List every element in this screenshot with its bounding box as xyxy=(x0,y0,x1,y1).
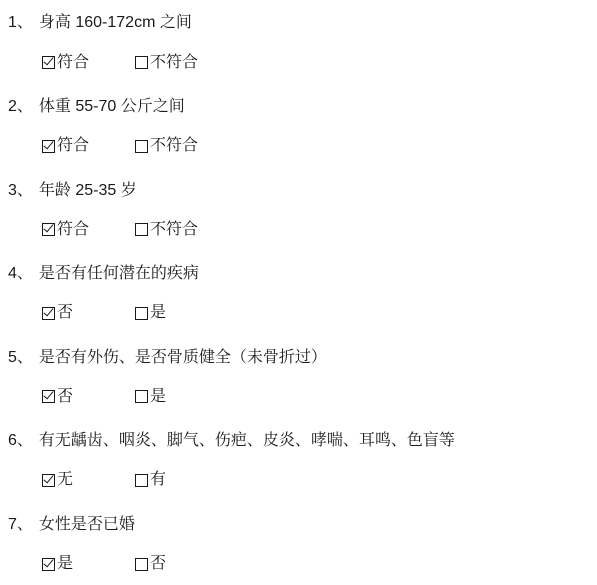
checkbox-unchecked-icon[interactable] xyxy=(135,474,148,487)
checkbox-option[interactable]: 是 xyxy=(42,556,135,572)
question: 5、 是否有外伤、是否骨质健全（未骨折过） xyxy=(0,334,597,376)
option-label: 无 xyxy=(57,472,73,488)
checkbox-option[interactable]: 符合 xyxy=(42,55,135,71)
question-text: 年龄 25-35 岁 xyxy=(39,177,137,200)
checkbox-checked-icon[interactable] xyxy=(42,558,55,571)
checkbox-option[interactable]: 符合 xyxy=(42,222,135,238)
checkbox-unchecked-icon[interactable] xyxy=(135,56,148,69)
question-text: 有无龋齿、咽炎、脚气、伤疤、皮炎、哮喘、耳鸣、色盲等 xyxy=(39,427,455,450)
question: 1、 身高 160-172cm 之间 xyxy=(0,0,597,42)
checkbox-option[interactable]: 不符合 xyxy=(135,138,198,154)
options-row: 否 是 xyxy=(0,292,597,334)
option-label: 不符合 xyxy=(150,55,198,71)
question: 6、 有无龋齿、咽炎、脚气、伤疤、皮炎、哮喘、耳鸣、色盲等 xyxy=(0,418,597,460)
options-row: 是 否 xyxy=(0,543,597,585)
checklist-item: 4、 是否有任何潜在的疾病 否 是 xyxy=(0,251,597,335)
option-label: 符合 xyxy=(57,222,89,238)
options-row: 无 有 xyxy=(0,460,597,502)
checklist-item: 2、 体重 55-70 公斤之间 符合 不符合 xyxy=(0,84,597,168)
checkbox-option[interactable]: 否 xyxy=(42,389,135,405)
question: 2、 体重 55-70 公斤之间 xyxy=(0,84,597,126)
checkbox-option[interactable]: 无 xyxy=(42,472,135,488)
question-number: 2、 xyxy=(8,93,33,116)
option-label: 是 xyxy=(150,305,166,321)
checkbox-unchecked-icon[interactable] xyxy=(135,223,148,236)
option-label: 符合 xyxy=(57,55,89,71)
option-label: 是 xyxy=(150,389,166,405)
checkbox-unchecked-icon[interactable] xyxy=(135,140,148,153)
checkbox-unchecked-icon[interactable] xyxy=(135,558,148,571)
options-row: 符合 不符合 xyxy=(0,125,597,167)
option-label: 否 xyxy=(150,556,166,572)
checkbox-unchecked-icon[interactable] xyxy=(135,307,148,320)
checkbox-checked-icon[interactable] xyxy=(42,223,55,236)
checkbox-unchecked-icon[interactable] xyxy=(135,390,148,403)
checklist-item: 7、 女性是否已婚 是 否 xyxy=(0,501,597,585)
checkbox-option[interactable]: 不符合 xyxy=(135,55,198,71)
option-label: 是 xyxy=(57,556,73,572)
option-label: 有 xyxy=(150,472,166,488)
question-number: 1、 xyxy=(8,9,33,32)
checkbox-option[interactable]: 是 xyxy=(135,389,166,405)
options-row: 否 是 xyxy=(0,376,597,418)
question-number: 4、 xyxy=(8,260,33,283)
option-label: 不符合 xyxy=(150,222,198,238)
checklist-item: 5、 是否有外伤、是否骨质健全（未骨折过） 否 是 xyxy=(0,334,597,418)
checkbox-option[interactable]: 否 xyxy=(42,305,135,321)
option-label: 否 xyxy=(57,305,73,321)
checkbox-checked-icon[interactable] xyxy=(42,307,55,320)
checklist-item: 6、 有无龋齿、咽炎、脚气、伤疤、皮炎、哮喘、耳鸣、色盲等 无 有 xyxy=(0,418,597,502)
checkbox-option[interactable]: 是 xyxy=(135,305,166,321)
question-text: 女性是否已婚 xyxy=(39,511,135,534)
question-number: 7、 xyxy=(8,511,33,534)
option-label: 不符合 xyxy=(150,138,198,154)
checkbox-checked-icon[interactable] xyxy=(42,390,55,403)
option-label: 否 xyxy=(57,389,73,405)
question-text: 是否有外伤、是否骨质健全（未骨折过） xyxy=(39,344,327,367)
question: 4、 是否有任何潜在的疾病 xyxy=(0,251,597,293)
question: 7、 女性是否已婚 xyxy=(0,501,597,543)
checkbox-checked-icon[interactable] xyxy=(42,56,55,69)
options-row: 符合 不符合 xyxy=(0,42,597,84)
checkbox-checked-icon[interactable] xyxy=(42,474,55,487)
checkbox-checked-icon[interactable] xyxy=(42,140,55,153)
question-number: 5、 xyxy=(8,344,33,367)
options-row: 符合 不符合 xyxy=(0,209,597,251)
document-page: 1、 身高 160-172cm 之间 符合 不符合 2、 体重 55-70 公斤… xyxy=(0,0,597,585)
checkbox-option[interactable]: 有 xyxy=(135,472,166,488)
checkbox-option[interactable]: 符合 xyxy=(42,138,135,154)
option-label: 符合 xyxy=(57,138,89,154)
question-text: 是否有任何潜在的疾病 xyxy=(39,260,199,283)
checkbox-option[interactable]: 否 xyxy=(135,556,166,572)
question-text: 体重 55-70 公斤之间 xyxy=(39,93,185,116)
question-number: 6、 xyxy=(8,427,33,450)
checklist-item: 3、 年龄 25-35 岁 符合 不符合 xyxy=(0,167,597,251)
checkbox-option[interactable]: 不符合 xyxy=(135,222,198,238)
question-number: 3、 xyxy=(8,177,33,200)
question: 3、 年龄 25-35 岁 xyxy=(0,167,597,209)
checklist-item: 1、 身高 160-172cm 之间 符合 不符合 xyxy=(0,0,597,84)
question-text: 身高 160-172cm 之间 xyxy=(39,9,192,32)
